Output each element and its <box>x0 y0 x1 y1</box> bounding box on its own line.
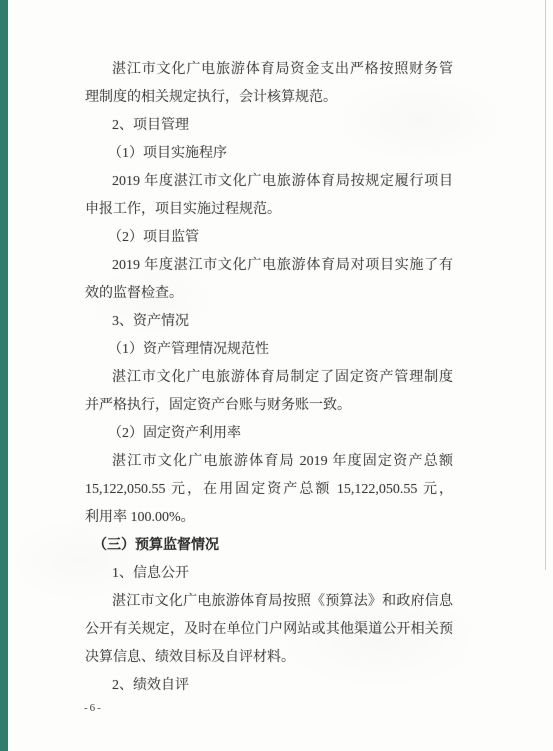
scanned-document-page: 湛江市文化广电旅游体育局资金支出严格按照财务管理制度的相关规定执行，会计核算规范… <box>0 0 553 751</box>
scan-edge-line <box>545 0 546 570</box>
text-line: 15,122,050.55 元，在用固定资产总额 15,122,050.55 元… <box>85 476 453 504</box>
left-accent-bar <box>0 0 8 751</box>
text-line: 湛江市文化广电旅游体育局 2019 年度固定资产总额 <box>85 448 453 476</box>
text-line: 申报工作，项目实施过程规范。 <box>85 196 453 224</box>
text-line: 决算信息、绩效目标及自评材料。 <box>85 644 453 672</box>
text-line: 2、项目管理 <box>85 112 453 140</box>
text-line: （2）固定资产利用率 <box>85 420 453 448</box>
text-line: 效的监督检查。 <box>85 280 453 308</box>
text-line: 湛江市文化广电旅游体育局制定了固定资产管理制度 <box>85 364 453 392</box>
text-line: 湛江市文化广电旅游体育局资金支出严格按照财务管 <box>85 56 453 84</box>
text-line: （1）资产管理情况规范性 <box>85 336 453 364</box>
page-number: -6- <box>84 702 103 714</box>
text-line: 2、绩效自评 <box>85 672 453 700</box>
text-line: 并严格执行，固定资产台账与财务账一致。 <box>85 392 453 420</box>
text-line: （三）预算监督情况 <box>85 532 453 560</box>
document-body: 湛江市文化广电旅游体育局资金支出严格按照财务管理制度的相关规定执行，会计核算规范… <box>85 56 453 700</box>
text-line: 理制度的相关规定执行，会计核算规范。 <box>85 84 453 112</box>
text-line: 湛江市文化广电旅游体育局按照《预算法》和政府信息 <box>85 588 453 616</box>
text-line: 公开有关规定，及时在单位门户网站或其他渠道公开相关预 <box>85 616 453 644</box>
text-line: 2019 年度湛江市文化广电旅游体育局按规定履行项目 <box>85 168 453 196</box>
text-line: 1、信息公开 <box>85 560 453 588</box>
text-line: （1）项目实施程序 <box>85 140 453 168</box>
text-line: 利用率 100.00%。 <box>85 504 453 532</box>
text-line: 3、资产情况 <box>85 308 453 336</box>
text-line: （2）项目监管 <box>85 224 453 252</box>
text-line: 2019 年度湛江市文化广电旅游体育局对项目实施了有 <box>85 252 453 280</box>
